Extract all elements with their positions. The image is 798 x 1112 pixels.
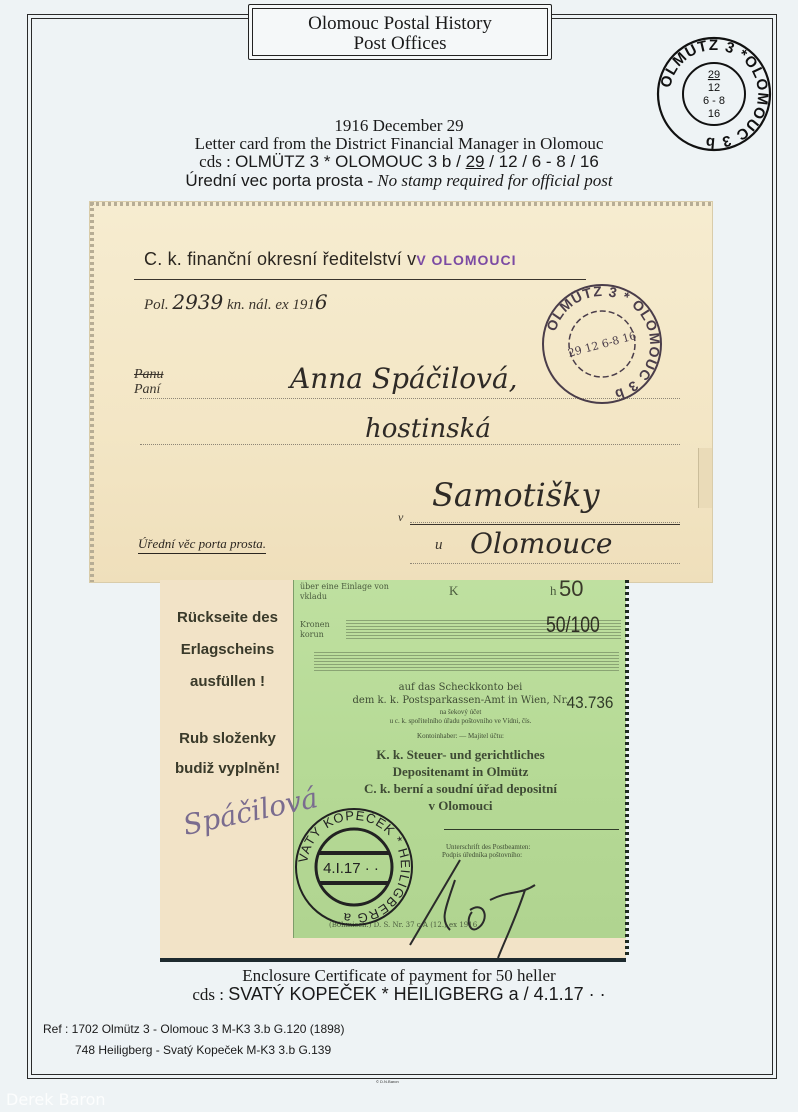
holder-label: Kontoinhaber: — Majitel účtu: bbox=[294, 732, 627, 740]
watermark: Derek Baron bbox=[6, 1090, 106, 1109]
h-label: h bbox=[550, 583, 557, 599]
address-line bbox=[140, 444, 680, 445]
letter-card-postmark: OLMÜTZ 3 * OLOMOUC 3 b 29 12 6-8 16 bbox=[538, 282, 666, 406]
instruction-german: Rückseite des Erlagscheins ausfüllen ! bbox=[160, 602, 295, 698]
konto-label: u c. k. spořitelního úřadu poštovního ve… bbox=[294, 717, 627, 725]
svg-text:12: 12 bbox=[708, 82, 720, 94]
reference-line: Pol. 2939 kn. nál. ex 1916 bbox=[144, 290, 328, 314]
office-handstamp: V OLOMOUCI bbox=[416, 252, 516, 268]
addressee-town: Samotišky bbox=[432, 476, 600, 514]
k-label: K bbox=[449, 583, 458, 599]
address-line bbox=[410, 522, 680, 523]
hatched-field bbox=[314, 652, 619, 672]
holder-name: K. k. Steuer- und gerichtliches bbox=[294, 747, 627, 763]
svg-text:29 12 6-8 16: 29 12 6-8 16 bbox=[567, 329, 638, 360]
torn-edge bbox=[698, 448, 712, 508]
instruction-czech: Rub složenky budiž vyplněn! bbox=[160, 724, 295, 784]
amount-words: 50/100 bbox=[546, 612, 600, 638]
certificate-image: Rückseite des Erlagscheins ausfüllen ! R… bbox=[160, 580, 626, 960]
svg-text:4.I.17 · ·: 4.I.17 · · bbox=[323, 860, 379, 877]
enclosure-cds: cds : SVATÝ KOPEČEK * HEILIGBERG a / 4.1… bbox=[0, 984, 798, 1005]
caption-cds: cds : OLMÜTZ 3 * OLOMOUC 3 b / 29 / 12 /… bbox=[0, 152, 798, 172]
certificate-postmark: SVATÝ KOPEČEK * HEILIGBERG a 4.I.17 · · bbox=[293, 806, 415, 928]
kronen-label: Kronenkorun bbox=[300, 620, 330, 640]
pani-label: Paní bbox=[134, 382, 160, 398]
letter-card-heading: C. k. finanční okresní ředitelství vV OL… bbox=[144, 249, 517, 270]
clerk-signature bbox=[400, 850, 550, 960]
official-note: Úřední věc porta prosta. bbox=[138, 536, 266, 554]
einlage-label: über eine Einlage vonvkladu bbox=[300, 582, 389, 602]
v-label: v bbox=[398, 510, 403, 525]
holder-name: C. k. berní a soudní úřad depositní bbox=[294, 781, 627, 797]
heller-value: 50 bbox=[559, 576, 583, 602]
reference-line-2: 748 Heiligberg - Svatý Kopeček M-K3 3.b … bbox=[75, 1043, 331, 1057]
pana-label: Panu bbox=[134, 367, 164, 383]
title-box: Olomouc Postal History Post Offices bbox=[248, 4, 552, 60]
addressee-name: Anna Spáčilová, bbox=[290, 362, 518, 395]
reference-line-1: Ref : 1702 Olmütz 3 - Olomouc 3 M-K3 3.b… bbox=[43, 1022, 344, 1036]
holder-name: Depositenamt in Olmütz bbox=[294, 764, 627, 780]
addressee-near-town: Olomouce bbox=[470, 527, 612, 560]
caption-description: Letter card from the District Financial … bbox=[0, 134, 798, 154]
page-title: Olomouc Postal History bbox=[249, 14, 551, 34]
certificate-shadow bbox=[160, 958, 626, 962]
svg-text:6 - 8: 6 - 8 bbox=[703, 95, 725, 107]
caption-official-post: Úrední vec porta prosta - No stamp requi… bbox=[0, 171, 798, 191]
enclosure-caption: Enclosure Certificate of payment for 50 … bbox=[0, 966, 798, 986]
konto-label: auf das Scheckkonto bei bbox=[294, 682, 627, 693]
holder-rule bbox=[444, 829, 619, 830]
perforation bbox=[625, 580, 629, 955]
address-line bbox=[410, 563, 680, 564]
caption-date: 1916 December 29 bbox=[0, 116, 798, 136]
heading-rule bbox=[134, 279, 586, 280]
town-rule bbox=[410, 524, 680, 525]
letter-card-image: C. k. finanční okresní ředitelství vV OL… bbox=[90, 202, 712, 582]
page-subtitle: Post Offices bbox=[249, 34, 551, 54]
u-label: u bbox=[435, 537, 443, 554]
addressee-occupation: hostinská bbox=[365, 414, 491, 444]
account-number: 43.736 bbox=[567, 693, 614, 713]
svg-text:29: 29 bbox=[708, 69, 720, 81]
copyright: © D.N.Baron bbox=[376, 1079, 399, 1084]
